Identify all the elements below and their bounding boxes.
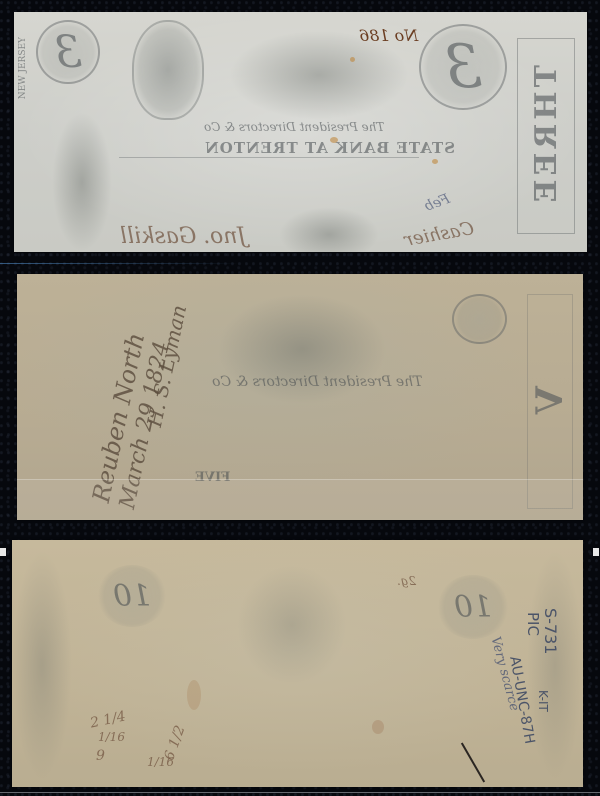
denomination-panel: THREE xyxy=(517,38,575,234)
medallion-right: 3 xyxy=(419,24,507,110)
sleeve-edge xyxy=(0,792,600,793)
portrait-vignette xyxy=(132,20,204,120)
sleeve-tab xyxy=(593,548,599,556)
engraved-rule xyxy=(119,157,419,158)
denomination-panel: V xyxy=(527,294,573,509)
bank-name: STATE BANK AT TRENTON xyxy=(204,139,455,157)
sleeve-edge xyxy=(0,263,600,264)
right-border-panel xyxy=(527,550,583,780)
water-stain xyxy=(372,720,384,734)
medallion-left: 10 xyxy=(97,565,167,627)
medallion-right: 10 xyxy=(437,575,509,639)
medallion-left: 3 xyxy=(36,20,100,84)
payee-line: The President Directors & Co xyxy=(204,120,384,134)
side-text: NEW JERSEY xyxy=(18,37,30,99)
top-pencil-mark: 2g. xyxy=(397,574,416,588)
sleeve-tab xyxy=(0,548,6,556)
banknote-five-dollar: The President Directors & Co FIVE V Reub… xyxy=(17,274,583,520)
standing-figure-vignette xyxy=(52,112,112,252)
ink-number: 9 xyxy=(96,748,105,764)
banknote-three-dollar: NEW JERSEY 3 3 The President Directors &… xyxy=(14,12,587,252)
medallion-right xyxy=(452,294,507,344)
foxing-stain xyxy=(432,159,438,164)
catalog-kit: K-IT xyxy=(536,690,550,712)
left-border-panel xyxy=(12,550,72,780)
foxing-stain xyxy=(350,57,355,62)
water-stain xyxy=(187,680,201,710)
ink-fraction: 1/16 xyxy=(147,755,174,769)
serial-number: No 186 xyxy=(359,26,418,45)
catalog-pic: PIC xyxy=(524,612,542,636)
catalog-number: S-731 xyxy=(541,608,560,654)
sleeve-overlap xyxy=(17,479,583,520)
ink-fraction: 1/16 xyxy=(98,730,125,744)
banknote-ten-dollar: 10 10 2g. S-731 PIC K-IT AU-UNC-87H Very… xyxy=(12,540,583,787)
foxing-stain xyxy=(330,137,338,143)
payee-line: The President Directors & Co xyxy=(212,374,422,390)
signature-left: Jno. Gaskill xyxy=(120,224,246,249)
bottom-vignette xyxy=(279,207,379,252)
central-vignette xyxy=(237,565,347,685)
